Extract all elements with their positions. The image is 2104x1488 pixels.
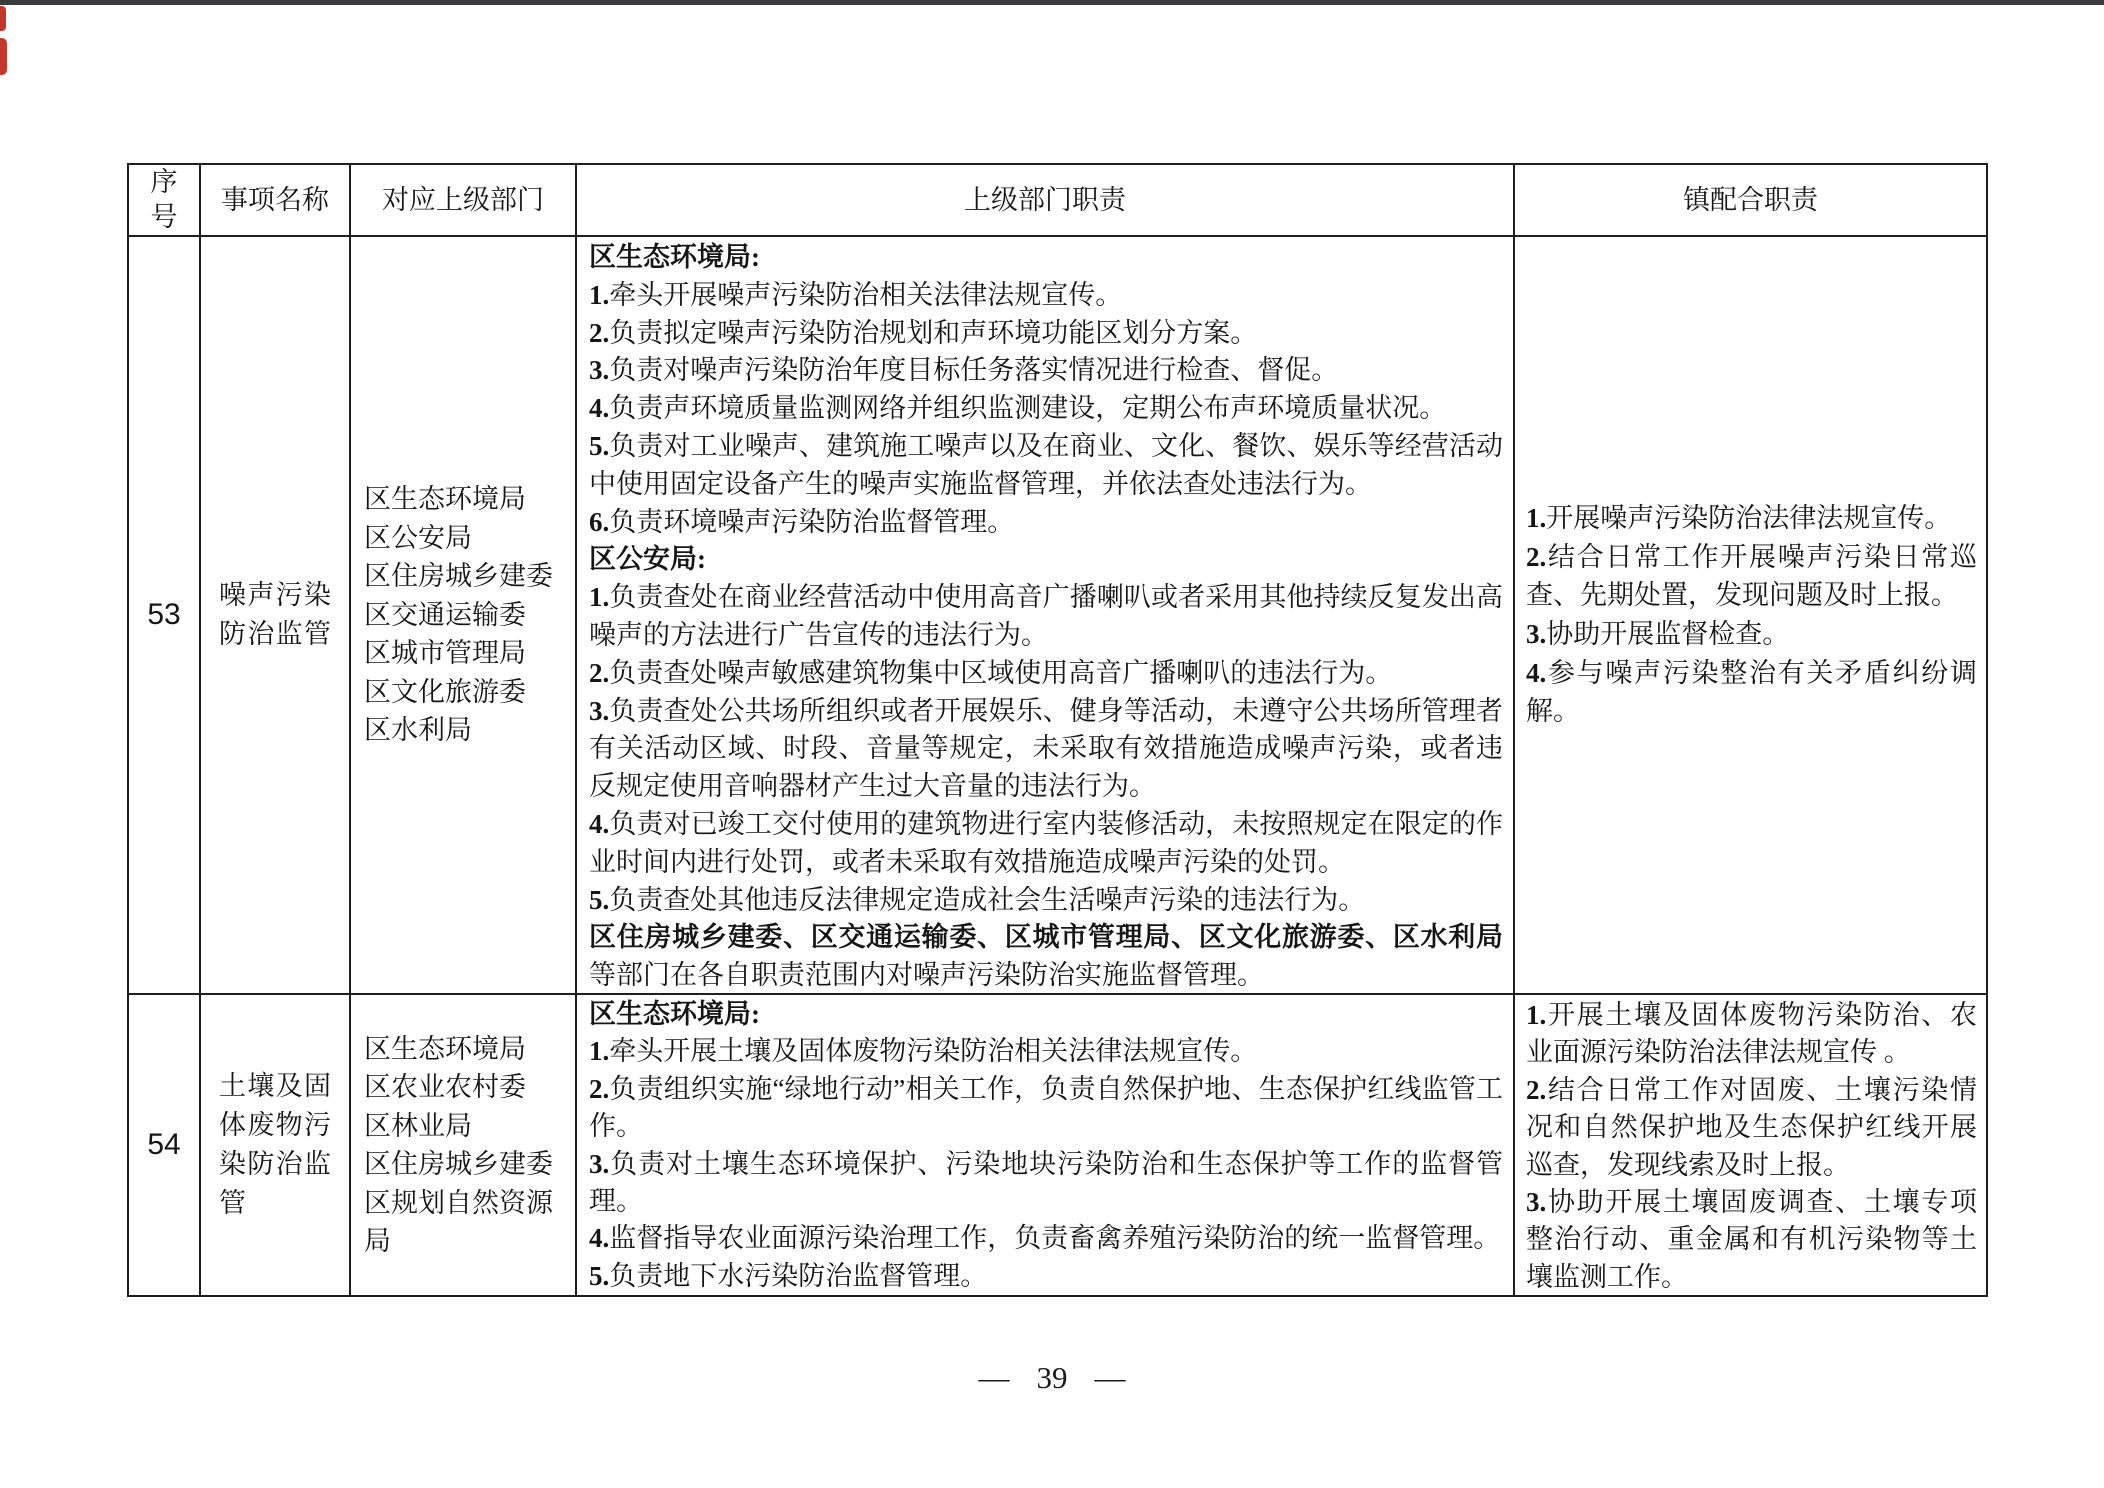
duty-text: 负责拟定噪声污染防治规划和声环境功能区划分方案。 <box>609 318 1257 348</box>
duty-text: 负责地下水污染防治监督管理。 <box>609 1261 987 1291</box>
department-item: 区交通运输委 <box>364 596 575 635</box>
duty-text: 结合日常工作对固废、土壤污染情况和自然保护地及生态保护红线开展巡查，发现线索及时… <box>1526 1075 1977 1180</box>
town-duty-item: 2.结合日常工作对固废、土壤污染情况和自然保护地及生态保护红线开展巡查，发现线索… <box>1526 1072 1977 1184</box>
duty-number: 区生态环境局: <box>589 999 760 1029</box>
duty-number: 4. <box>589 809 609 839</box>
duty-text: 等部门在各自职责范围内对噪声污染防治实施监督管理。 <box>589 960 1264 990</box>
duty-number: 2. <box>589 658 609 688</box>
column-header-item-name: 事项名称 <box>201 165 351 237</box>
duty-item: 2.负责拟定噪声污染防治规划和声环境功能区划分方案。 <box>589 315 1503 353</box>
duty-text: 牵头开展土壤及固体废物污染防治相关法律法规宣传。 <box>609 1036 1257 1066</box>
row54-seq: 54 <box>129 995 201 1295</box>
row54-superior-duties: 区生态环境局:1.牵头开展土壤及固体废物污染防治相关法律法规宣传。2.负责组织实… <box>577 995 1515 1295</box>
row54-town-duties: 1.开展土壤及固体废物污染防治、农业面源污染防治法律法规宣传 。2.结合日常工作… <box>1515 995 1986 1295</box>
red-edge-mark <box>0 38 7 75</box>
duty-text: 负责对工业噪声、建筑施工噪声以及在商业、文化、餐饮、娱乐等经营活动中使用固定设备… <box>589 431 1503 499</box>
duty-number: 1. <box>589 280 609 310</box>
duty-number: 4. <box>589 1223 609 1253</box>
duty-item: 2.负责组织实施“绿地行动”相关工作，负责自然保护地、生态保护红线监管工作。 <box>589 1071 1503 1146</box>
duty-text: 协助开展土壤固废调查、土壤专项整治行动、重金属和有机污染物等土壤监测工作。 <box>1526 1187 1977 1292</box>
column-header-superior-departments: 对应上级部门 <box>351 165 577 237</box>
duty-item: 区生态环境局: <box>589 239 1503 277</box>
duty-number: 1. <box>1526 1000 1546 1030</box>
duty-number: 2. <box>1526 542 1546 572</box>
duty-item: 6.负责环境噪声污染防治监督管理。 <box>589 504 1503 542</box>
duty-text: 开展土壤及固体废物污染防治、农业面源污染防治法律法规宣传 。 <box>1526 1000 1977 1067</box>
duty-item: 5.负责对工业噪声、建筑施工噪声以及在商业、文化、餐饮、娱乐等经营活动中使用固定… <box>589 428 1503 504</box>
duty-item: 5.负责地下水污染防治监督管理。 <box>589 1258 1503 1295</box>
name-line: 染防治监 <box>219 1145 331 1184</box>
duty-text: 负责环境噪声污染防治监督管理。 <box>609 507 1014 537</box>
duty-number: 1. <box>589 1036 609 1066</box>
duty-number: 区生态环境局: <box>589 242 760 272</box>
page-number-dash: — <box>1095 1360 1126 1395</box>
duty-text: 负责对土壤生态环境保护、污染地块污染防治和生态保护等工作的监督管理。 <box>589 1149 1503 1216</box>
duty-number: 3. <box>1526 1187 1546 1217</box>
duty-number: 4. <box>1526 658 1546 688</box>
duty-number: 2. <box>589 318 609 348</box>
town-duty-item: 3.协助开展监督检查。 <box>1526 615 1977 654</box>
row53-seq: 53 <box>129 237 201 995</box>
duty-text: 负责查处其他违反法律规定造成社会生活噪声污染的违法行为。 <box>609 885 1365 915</box>
duty-number: 2. <box>589 1074 609 1104</box>
duty-item: 区住房城乡建委、区交通运输委、区城市管理局、区文化旅游委、区水利局等部门在各自职… <box>589 919 1503 995</box>
page-number-dash: — <box>979 1360 1010 1395</box>
duty-item: 1.负责查处在商业经营活动中使用高音广播喇叭或者采用其他持续反复发出高噪声的方法… <box>589 579 1503 655</box>
duty-number: 6. <box>589 507 609 537</box>
row53-departments: 区生态环境局区公安局区住房城乡建委区交通运输委区城市管理局区文化旅游委区水利局 <box>351 237 577 995</box>
duty-number: 区公安局: <box>589 544 706 574</box>
town-duty-item: 2.结合日常工作开展噪声污染日常巡查、先期处置，发现问题及时上报。 <box>1526 538 1977 615</box>
name-line: 体废物污 <box>219 1106 331 1145</box>
duty-item: 3.负责对土壤生态环境保护、污染地块污染防治和生态保护等工作的监督管理。 <box>589 1146 1503 1221</box>
town-duty-item: 4.参与噪声污染整治有关矛盾纠纷调解。 <box>1526 654 1977 731</box>
duty-item: 1.牵头开展土壤及固体废物污染防治相关法律法规宣传。 <box>589 1033 1503 1070</box>
column-header-town-duties: 镇配合职责 <box>1515 165 1986 237</box>
duty-text: 负责对噪声污染防治年度目标任务落实情况进行检查、督促。 <box>609 355 1338 385</box>
duty-item: 4.监督指导农业面源污染治理工作，负责畜禽养殖污染防治的统一监督管理。 <box>589 1220 1503 1257</box>
duty-text: 负责查处在商业经营活动中使用高音广播喇叭或者采用其他持续反复发出高噪声的方法进行… <box>589 582 1503 650</box>
department-item: 区规划自然资源局 <box>364 1184 575 1261</box>
duty-number: 5. <box>589 1261 609 1291</box>
duty-item: 3.负责对噪声污染防治年度目标任务落实情况进行检查、督促。 <box>589 352 1503 390</box>
duty-text: 负责查处公共场所组织或者开展娱乐、健身等活动，未遵守公共场所管理者有关活动区域、… <box>589 696 1503 802</box>
responsibility-table: 序号 事项名称 对应上级部门 上级部门职责 镇配合职责 53 噪声污染防治监管 … <box>127 163 1988 1297</box>
row54-departments: 区生态环境局区农业农村委区林业局区住房城乡建委区规划自然资源局 <box>351 995 577 1295</box>
duty-item: 5.负责查处其他违反法律规定造成社会生活噪声污染的违法行为。 <box>589 882 1503 920</box>
department-item: 区生态环境局 <box>364 480 575 519</box>
department-item: 区文化旅游委 <box>364 673 575 712</box>
duty-item: 4.负责声环境质量监测网络并组织监测建设，定期公布声环境质量状况。 <box>589 390 1503 428</box>
duty-number: 2. <box>1526 1075 1546 1105</box>
duty-text: 负责对已竣工交付使用的建筑物进行室内装修活动，未按照规定在限定的作业时间内进行处… <box>589 809 1503 877</box>
page-number: —39— <box>0 1360 2104 1396</box>
department-item: 区林业局 <box>364 1107 575 1146</box>
row53-item-name: 噪声污染防治监管 <box>201 237 351 995</box>
duty-number: 3. <box>589 1149 609 1179</box>
department-item: 区水利局 <box>364 711 575 750</box>
duty-item: 2.负责查处噪声敏感建筑物集中区域使用高音广播喇叭的违法行为。 <box>589 655 1503 693</box>
duty-number: 1. <box>589 582 609 612</box>
department-item: 区农业农村委 <box>364 1068 575 1107</box>
department-item: 区城市管理局 <box>364 634 575 673</box>
name-line: 防治监管 <box>219 615 331 654</box>
duty-text: 牵头开展噪声污染防治相关法律法规宣传。 <box>609 280 1122 310</box>
department-item: 区公安局 <box>364 519 575 558</box>
duty-number: 5. <box>589 431 609 461</box>
duty-text: 负责声环境质量监测网络并组织监测建设，定期公布声环境质量状况。 <box>609 393 1446 423</box>
duty-number: 3. <box>589 355 609 385</box>
name-line: 管 <box>219 1184 331 1223</box>
department-item: 区住房城乡建委 <box>364 1145 575 1184</box>
duty-text: 负责查处噪声敏感建筑物集中区域使用高音广播喇叭的违法行为。 <box>609 658 1392 688</box>
town-duty-item: 3.协助开展土壤固废调查、土壤专项整治行动、重金属和有机污染物等土壤监测工作。 <box>1526 1184 1977 1295</box>
duty-text: 监督指导农业面源污染治理工作，负责畜禽养殖污染防治的统一监督管理。 <box>609 1223 1500 1253</box>
duty-item: 区生态环境局: <box>589 996 1503 1033</box>
red-edge-mark <box>0 6 6 31</box>
row54-item-name: 土壤及固体废物污染防治监管 <box>201 995 351 1295</box>
department-item: 区住房城乡建委 <box>364 557 575 596</box>
town-duty-item: 1.开展噪声污染防治法律法规宣传。 <box>1526 499 1977 538</box>
column-header-superior-duties: 上级部门职责 <box>577 165 1515 237</box>
duty-number: 1. <box>1526 503 1546 533</box>
duty-item: 1.牵头开展噪声污染防治相关法律法规宣传。 <box>589 277 1503 315</box>
duty-number: 4. <box>589 393 609 423</box>
town-duty-item: 1.开展土壤及固体废物污染防治、农业面源污染防治法律法规宣传 。 <box>1526 997 1977 1072</box>
duty-item: 3.负责查处公共场所组织或者开展娱乐、健身等活动，未遵守公共场所管理者有关活动区… <box>589 693 1503 806</box>
duty-text: 开展噪声污染防治法律法规宣传。 <box>1546 503 1951 533</box>
top-edge-bar <box>0 0 2104 5</box>
duty-text: 负责组织实施“绿地行动”相关工作，负责自然保护地、生态保护红线监管工作。 <box>589 1074 1503 1141</box>
row53-town-duties: 1.开展噪声污染防治法律法规宣传。2.结合日常工作开展噪声污染日常巡查、先期处置… <box>1515 237 1986 995</box>
department-item: 区生态环境局 <box>364 1030 575 1069</box>
page-number-value: 39 <box>1037 1360 1068 1395</box>
name-line: 噪声污染 <box>219 576 331 615</box>
duty-number: 3. <box>1526 619 1546 649</box>
duty-number: 区住房城乡建委、区交通运输委、区城市管理局、区文化旅游委、区水利局 <box>589 922 1503 952</box>
duty-item: 区公安局: <box>589 541 1503 579</box>
duty-number: 3. <box>589 696 609 726</box>
name-line: 土壤及固 <box>219 1067 331 1106</box>
duty-text: 结合日常工作开展噪声污染日常巡查、先期处置，发现问题及时上报。 <box>1526 542 1977 611</box>
column-header-seq-label: 序号 <box>149 165 178 235</box>
duty-text: 参与噪声污染整治有关矛盾纠纷调解。 <box>1526 658 1977 727</box>
duty-item: 4.负责对已竣工交付使用的建筑物进行室内装修活动，未按照规定在限定的作业时间内进… <box>589 806 1503 882</box>
duty-text: 协助开展监督检查。 <box>1546 619 1789 649</box>
row53-superior-duties: 区生态环境局:1.牵头开展噪声污染防治相关法律法规宣传。2.负责拟定噪声污染防治… <box>577 237 1515 995</box>
column-header-seq: 序号 <box>129 165 201 237</box>
duty-number: 5. <box>589 885 609 915</box>
